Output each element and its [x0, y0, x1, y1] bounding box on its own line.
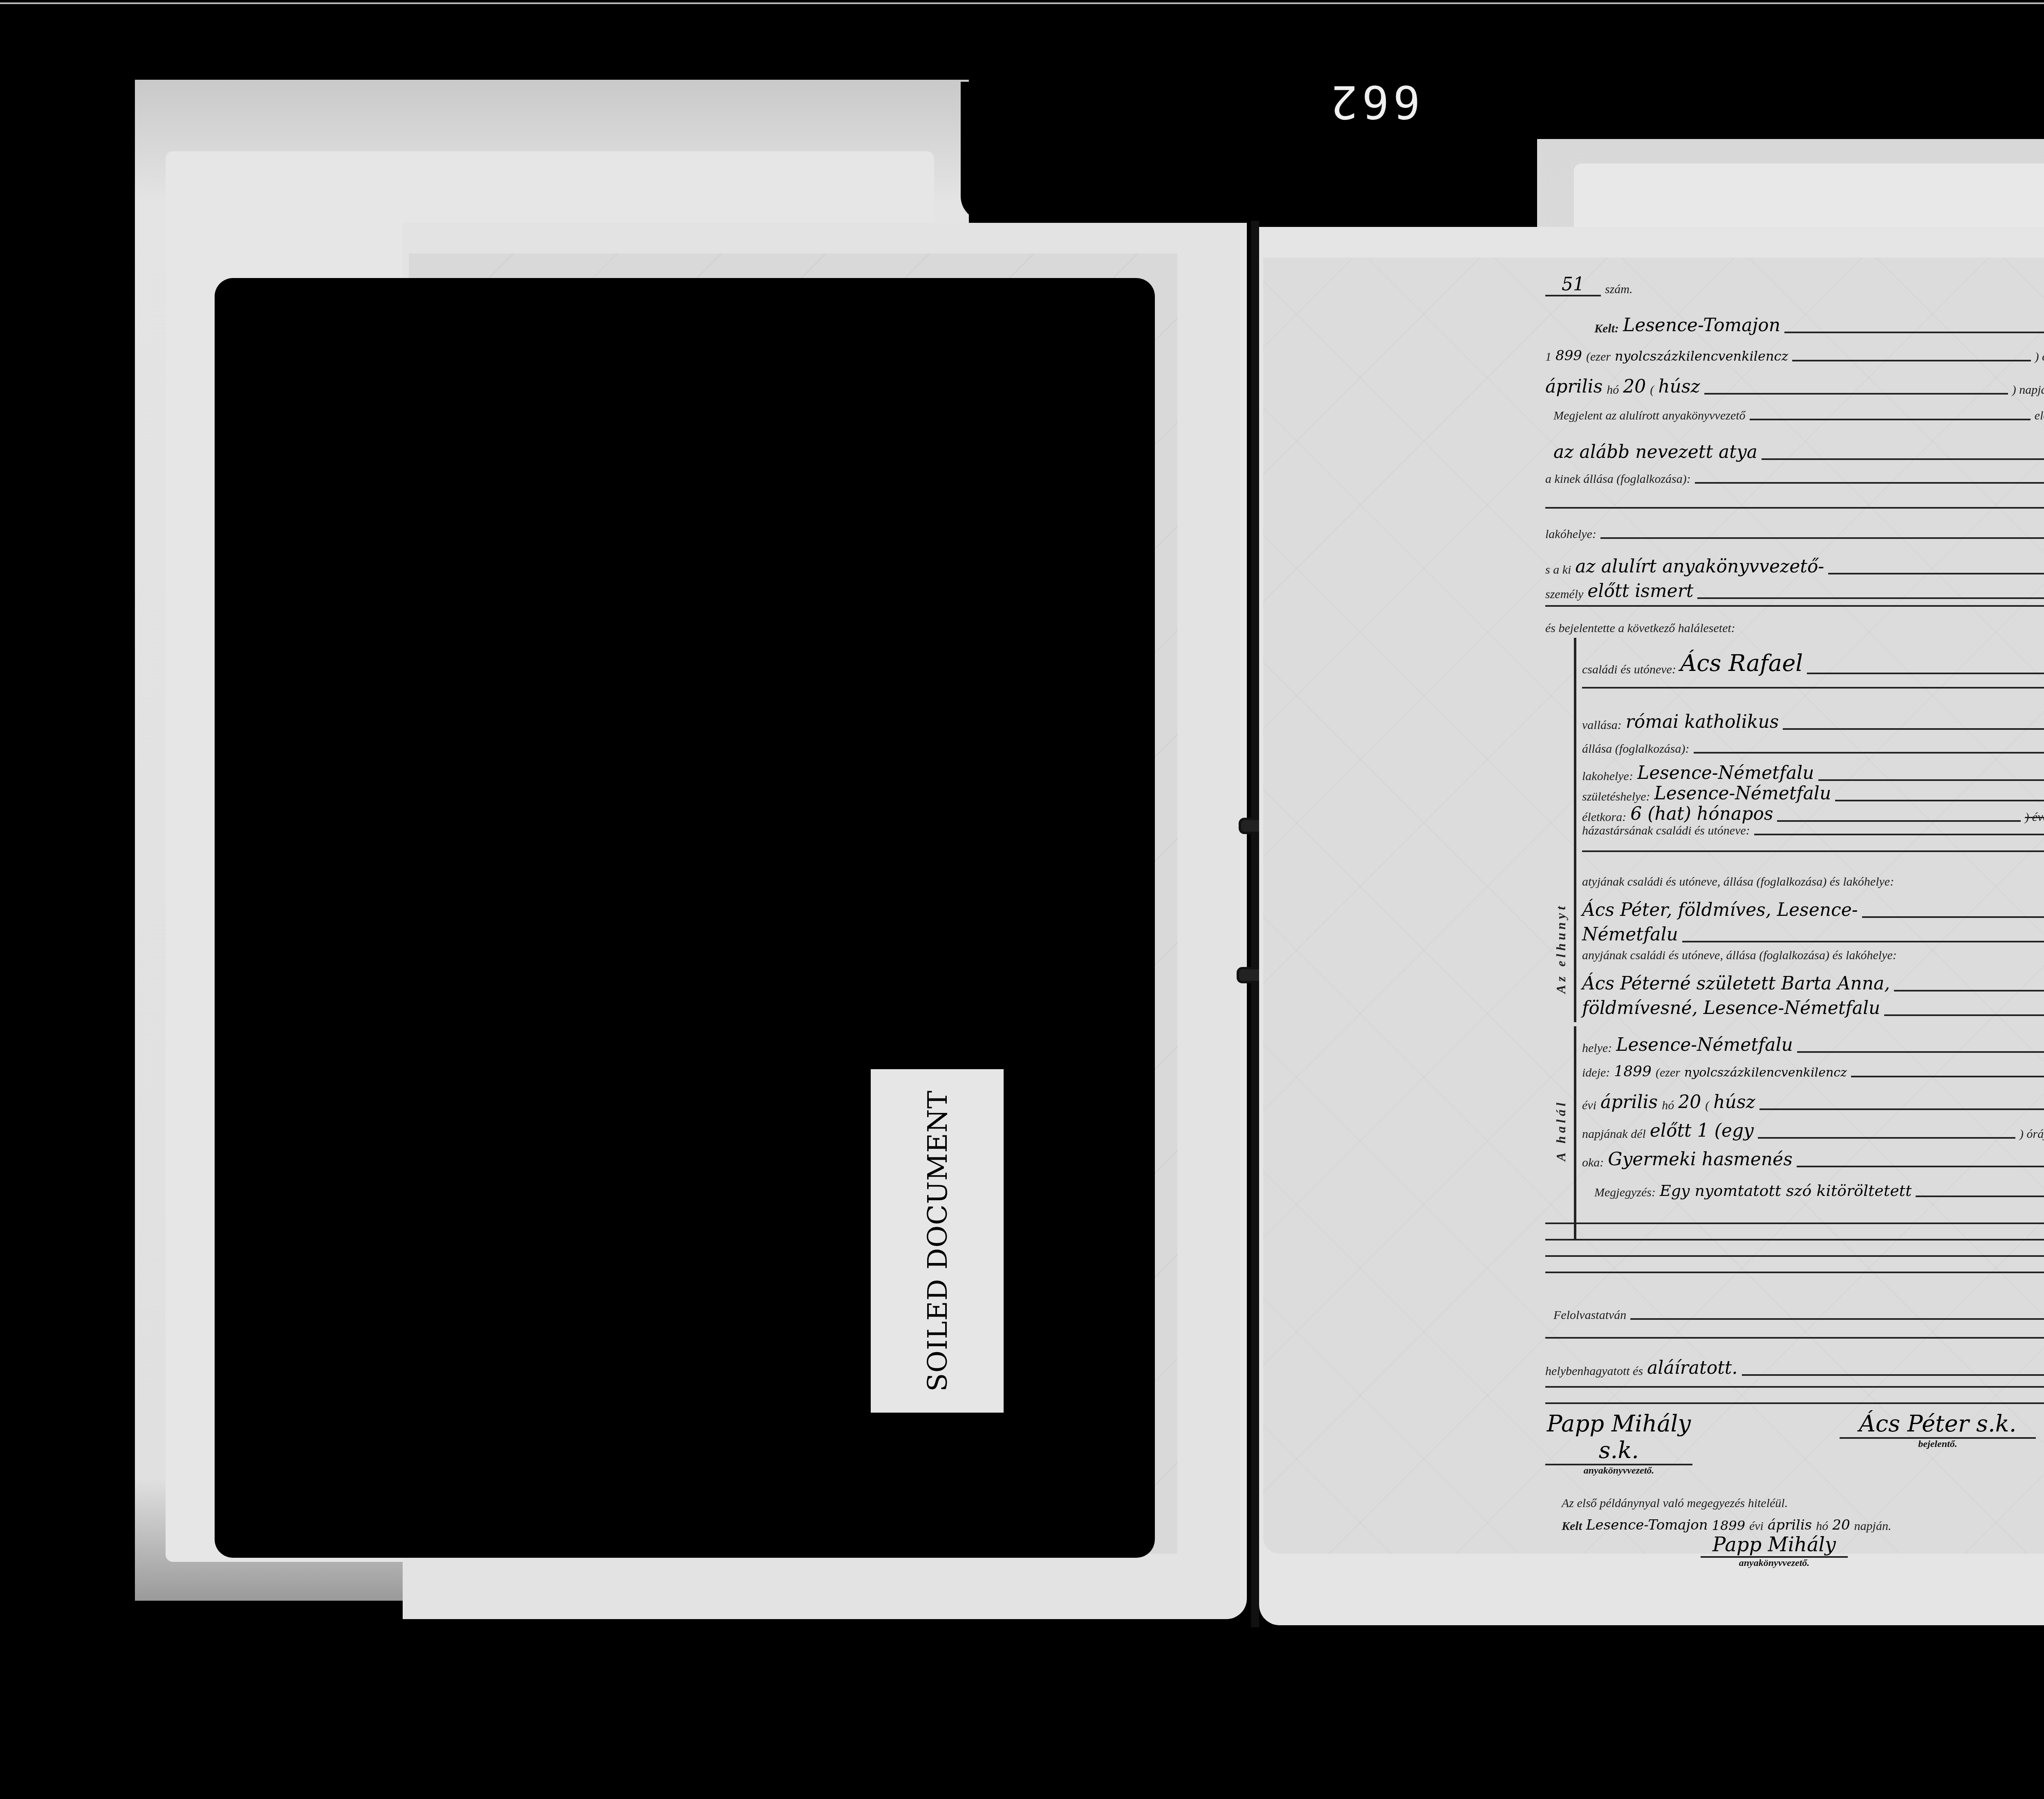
bejelentette-row: és bejelentette a következő halálesetet:	[1545, 621, 2044, 635]
year-prefix: 1	[1545, 350, 1551, 364]
cert-year: 1899	[1712, 1518, 1745, 1533]
cert-day: 20	[1832, 1517, 1850, 1533]
deceased-brace	[1574, 638, 1576, 1022]
saki-value: az alulírt anyakönyvvezető-	[1575, 556, 1824, 577]
day-words: húsz	[1658, 376, 1700, 397]
death-year: 1899	[1614, 1063, 1652, 1080]
age-suffix: ) éves,	[2025, 810, 2044, 824]
death-day: 20	[1678, 1092, 1701, 1113]
note-label: Megjegyzés:	[1594, 1186, 1656, 1200]
death-time: előtt 1 (egy	[1650, 1120, 1754, 1141]
book-spine	[1251, 221, 1259, 1627]
death-ho-label: hó	[1662, 1099, 1674, 1113]
cert-place: Lesence-Tomajon	[1586, 1517, 1708, 1533]
age: 6 (hat) hónapos	[1630, 803, 1773, 824]
read-label: Felolvastatván	[1553, 1308, 1626, 1322]
mother-line1: Ács Péterné született Barta Anna,	[1582, 973, 1890, 994]
cert-signature-label: anyakönyvvezető.	[1701, 1558, 1848, 1569]
informant-occupation-label: a kinek állása (foglalkozása):	[1545, 472, 1691, 486]
film-edge-line	[0, 2, 2044, 4]
elott-label: előtt	[2035, 409, 2044, 423]
bejelentette-label: és bejelentette a következő halálesetet:	[1545, 621, 1735, 635]
informant-signature-block: Ács Péter s.k. bejelentő.	[1840, 1411, 2036, 1450]
note: Egy nyomtatott szó kitöröltetett	[1660, 1182, 1912, 1200]
birthplace: Lesence-Németfalu	[1654, 783, 1831, 804]
father-label: atyjának családi és utóneve, állása (fog…	[1582, 875, 1894, 889]
approved-row: helybenhagyatott és aláíratott.	[1545, 1357, 2044, 1378]
registrar-signature-block: Papp Mihály s.k. anyakönyvvezető.	[1545, 1411, 1692, 1476]
death-time-suffix: ) órája.	[2019, 1127, 2044, 1141]
month-day-row: április hó 20 ( húsz ) napján.	[1545, 376, 2044, 397]
soiled-page-cover	[215, 278, 1155, 1558]
death-brace	[1574, 1026, 1576, 1239]
deceased-name-label: családi és utóneve:	[1582, 663, 1676, 677]
death-day-words: húsz	[1713, 1092, 1755, 1113]
religion-label: vallása:	[1582, 718, 1622, 732]
kelt-row: Kelt: Lesence-Tomajon	[1594, 315, 2044, 336]
death-place-label: helye:	[1582, 1041, 1612, 1055]
top-binding-shadow	[961, 82, 1533, 221]
cert-signature-block: Papp Mihály anyakönyvvezető.	[1701, 1533, 1848, 1569]
year: 899	[1555, 348, 1582, 364]
mother-line2: földmívesné, Lesence-Németfalu	[1582, 998, 1880, 1018]
death-month: április	[1600, 1092, 1658, 1113]
megjelent-label: Megjelent az alulírott anyakönyvvezető	[1553, 409, 1746, 423]
kelt-place: Lesence-Tomajon	[1623, 315, 1780, 336]
residence-row: lakóhelye:	[1545, 527, 2044, 541]
father-line1: Ács Péter, földmíves, Lesence-	[1582, 899, 1858, 920]
certify-text: Az első példánynyal való megegyezés hite…	[1562, 1496, 1788, 1510]
year-suffix: ) évi	[2035, 350, 2044, 364]
read-row: Felolvastatván	[1553, 1308, 2044, 1322]
napjan-label: ) napján.	[2012, 383, 2044, 397]
year-row: 1 899 (ezer nyolcszázkilencvenkilencz ) …	[1545, 348, 2044, 364]
death-year-words: nyolcszázkilencvenkilencz	[1684, 1065, 1847, 1080]
certify-row: Az első példánynyal való megegyezés hite…	[1562, 1496, 2044, 1510]
soiled-document-label: SOILED DOCUMENT	[871, 1069, 1004, 1413]
registrar-label: anyakönyvvezető.	[1545, 1465, 1692, 1476]
death-time-label: napjának dél	[1582, 1127, 1646, 1141]
deceased-section-label: Az elhunyt	[1553, 903, 1569, 994]
cause: Gyermeki hasmenés	[1608, 1149, 1792, 1170]
father-line2: Németfalu	[1582, 924, 1678, 945]
age-label: életkora:	[1582, 810, 1626, 824]
appeared-row: az alább nevezett atya	[1545, 442, 2044, 462]
mother-label: anyjának családi és utóneve, állása (fog…	[1582, 949, 1897, 962]
death-year-words-label: (ezer	[1656, 1066, 1680, 1080]
occupation-row: a kinek állása (foglalkozása):	[1545, 472, 2044, 486]
year-words-label: (ezer	[1586, 350, 1611, 364]
frame-number: 662	[1327, 76, 1420, 128]
religion: római katholikus	[1626, 711, 1779, 732]
kelt-label: Kelt:	[1594, 322, 1619, 336]
month: április	[1545, 376, 1602, 397]
deceased-occupation-label: állása (foglalkozása):	[1582, 742, 1690, 756]
cert-kelt-label: Kelt	[1562, 1519, 1582, 1533]
death-section-label: A halál	[1553, 1099, 1569, 1161]
cert-month: április	[1768, 1517, 1812, 1533]
cert-ho: hó	[1816, 1519, 1828, 1533]
year-words: nyolcszázkilencvenkilencz	[1615, 348, 1788, 364]
entry-number-suffix: szám.	[1605, 283, 1633, 296]
informant-signature: Ács Péter s.k.	[1840, 1411, 2036, 1439]
birthplace-label: születéshelye:	[1582, 790, 1650, 804]
death-place: Lesence-Németfalu	[1616, 1034, 1793, 1055]
note-row: Megjegyzés: Egy nyomtatott szó kitörölte…	[1594, 1182, 2044, 1200]
szemely-label: személy	[1545, 588, 1583, 601]
cert-signature: Papp Mihály	[1701, 1533, 1848, 1558]
cert-date-row: Kelt Lesence-Tomajon 1899 évi április hó…	[1562, 1517, 2044, 1533]
cause-label: oka:	[1582, 1156, 1604, 1170]
evi-label: évi	[1582, 1099, 1596, 1113]
soiled-document-text: SOILED DOCUMENT	[921, 1090, 953, 1392]
informant-residence-label: lakóhelye:	[1545, 527, 1596, 541]
registrar-signature: Papp Mihály s.k.	[1545, 1411, 1692, 1465]
entry-number: 51	[1545, 274, 1601, 296]
deceased-residence: Lesence-Németfalu	[1637, 763, 1814, 783]
approved-value: aláíratott.	[1647, 1357, 1737, 1378]
death-register-form: 51 szám. Kelt: Lesence-Tomajon 1 899 (ez…	[1545, 245, 2044, 1554]
saki-row: s a ki az alulírt anyakönyvvezető-	[1545, 556, 2044, 577]
cert-evi: évi	[1749, 1519, 1764, 1533]
death-date-label: ideje:	[1582, 1066, 1610, 1080]
entry-number-row: 51 szám.	[1545, 274, 1668, 296]
informant-label: bejelentő.	[1840, 1439, 2036, 1450]
day: 20	[1623, 376, 1646, 397]
cert-napjan: napján.	[1854, 1519, 1892, 1533]
appeared-value: az alább nevezett atya	[1545, 442, 1757, 462]
approved-label: helybenhagyatott és	[1545, 1364, 1643, 1378]
saki-label: s a ki	[1545, 563, 1571, 577]
spouse-label: házastársának családi és utóneve:	[1582, 824, 1750, 838]
ho-label: hó	[1607, 383, 1619, 397]
deceased-name: Ács Rafael	[1680, 650, 1803, 677]
deceased-residence-label: lakohelye:	[1582, 769, 1633, 783]
megjelent-row: Megjelent az alulírott anyakönyvvezető e…	[1553, 409, 2044, 423]
szemely-value: előtt ismert	[1587, 581, 1693, 601]
szemely-row: személy előtt ismert	[1545, 581, 2044, 601]
